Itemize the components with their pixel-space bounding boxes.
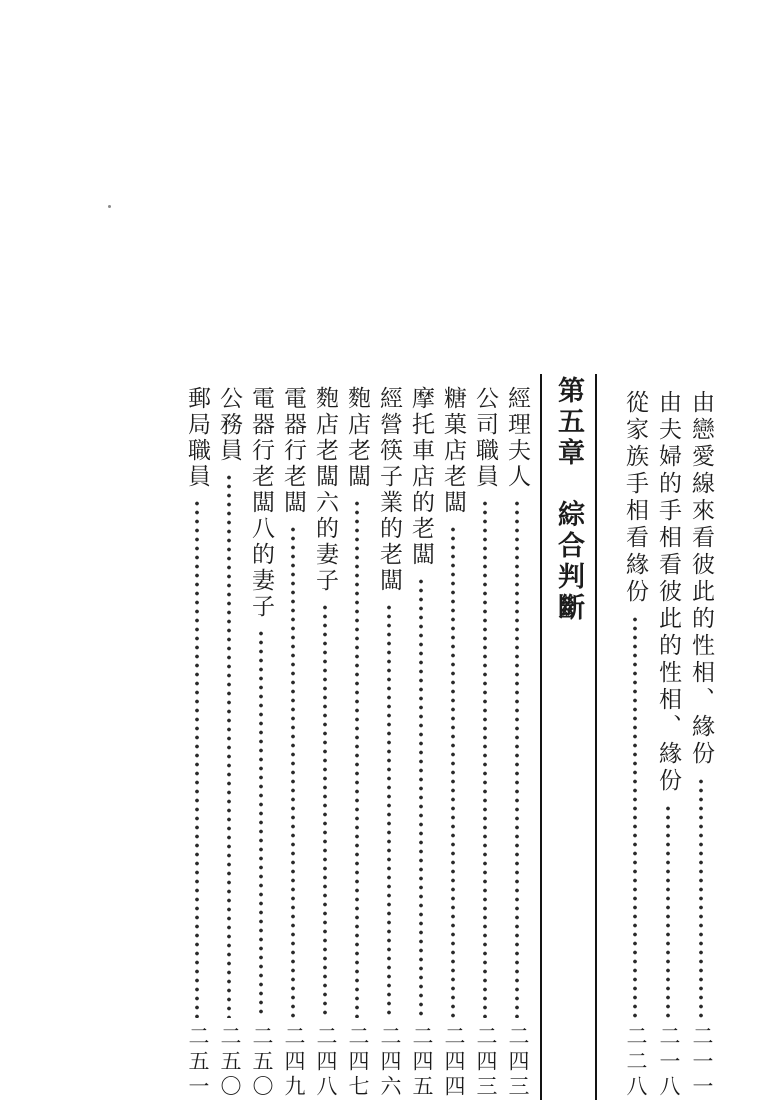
toc-entry-title: 經營筷子業的老闆 — [377, 386, 400, 594]
dotted-leader — [386, 603, 392, 1018]
toc-entry-page-number: 二二八 — [623, 1025, 646, 1100]
toc-entry-page-number: 二四九 — [281, 1025, 304, 1100]
toc-entry-title: 糖菓店老闆 — [441, 386, 464, 516]
toc-entry-page-number: 二四三 — [505, 1025, 528, 1100]
dotted-leader — [698, 777, 704, 1018]
toc-entry-page-number: 二四六 — [377, 1025, 400, 1100]
toc-entry-title: 麭店老闆 — [345, 386, 368, 490]
toc-entry: 麭店老闆 二四七 — [345, 374, 368, 1100]
toc-entry-title: 從家族手相看緣份 — [623, 390, 646, 606]
dotted-leader — [450, 525, 456, 1018]
toc-entry-page-number: 二一八 — [656, 1025, 679, 1100]
toc-entry: 經理夫人 二四三 — [505, 374, 528, 1100]
toc-entry-title: 由夫婦的手相看彼此的性相、緣份 — [656, 390, 679, 795]
toc-entry-page-number: 二一一 — [689, 1025, 712, 1100]
toc-entry-title: 摩托車店的老闆 — [409, 386, 432, 568]
dotted-leader — [322, 603, 328, 1018]
scan-speck — [108, 205, 111, 208]
dotted-leader — [290, 525, 296, 1018]
toc-entry-page-number: 二四四 — [441, 1025, 464, 1100]
dotted-leader — [258, 629, 264, 1018]
toc-entry-title: 電器行老闆 — [281, 386, 304, 516]
toc-entry-title: 由戀愛線來看彼此的性相、緣份 — [689, 390, 712, 768]
toc-entry: 由夫婦的手相看彼此的性相、緣份 二一八 — [656, 374, 679, 1100]
toc-entry: 電器行老闆 二四九 — [281, 374, 304, 1100]
toc-entry-title: 電器行老闆八的妻子 — [249, 386, 272, 620]
toc-entry-page-number: 二五〇 — [249, 1025, 272, 1100]
toc-entry-page-number: 二四三 — [473, 1025, 496, 1100]
book-page: 由戀愛線來看彼此的性相、緣份 二一一 由夫婦的手相看彼此的性相、緣份 二一八 從… — [0, 0, 780, 1120]
toc-entry: 由戀愛線來看彼此的性相、緣份 二一一 — [689, 374, 712, 1100]
toc-entry-page-number: 二四七 — [345, 1025, 368, 1100]
toc-entry: 郵局職員 二五一 — [185, 374, 208, 1100]
toc-entry: 糖菓店老闆 二四四 — [441, 374, 464, 1100]
toc-entry: 電器行老闆八的妻子 二五〇 — [249, 374, 272, 1100]
toc-entry: 摩托車店的老闆 二四五 — [409, 374, 432, 1100]
dotted-leader — [194, 499, 200, 1018]
chapter-heading: 第五章 綜合判斷 — [553, 376, 584, 624]
toc-entry: 經營筷子業的老闆 二四六 — [377, 374, 400, 1100]
toc-entry-title: 公司職員 — [473, 386, 496, 490]
dotted-leader — [354, 499, 360, 1018]
toc-entry-title: 公務員 — [217, 386, 240, 464]
toc-entry-page-number: 二四八 — [313, 1025, 336, 1100]
toc-entry: 公務員 二五〇 — [217, 374, 240, 1100]
toc-entry: 公司職員 二四三 — [473, 374, 496, 1100]
dotted-leader — [514, 499, 520, 1018]
toc-entry-title: 麭店老闆六的妻子 — [313, 386, 336, 594]
toc-entry-title: 經理夫人 — [505, 386, 528, 490]
dotted-leader — [418, 577, 424, 1018]
toc-entry-title: 郵局職員 — [185, 386, 208, 490]
toc-entry: 麭店老闆六的妻子 二四八 — [313, 374, 336, 1100]
dotted-leader — [482, 499, 488, 1018]
table-of-contents: 由戀愛線來看彼此的性相、緣份 二一一 由夫婦的手相看彼此的性相、緣份 二一八 從… — [176, 374, 722, 1100]
dotted-leader — [632, 615, 638, 1018]
toc-entry-page-number: 二四五 — [409, 1025, 432, 1100]
dotted-leader — [226, 473, 232, 1018]
dotted-leader — [665, 804, 671, 1018]
toc-entry-page-number: 二五一 — [185, 1025, 208, 1100]
toc-entry: 從家族手相看緣份 二二八 — [623, 374, 646, 1100]
toc-entry-page-number: 二五〇 — [217, 1025, 240, 1100]
chapter-heading-column: 第五章 綜合判斷 — [540, 374, 597, 1100]
